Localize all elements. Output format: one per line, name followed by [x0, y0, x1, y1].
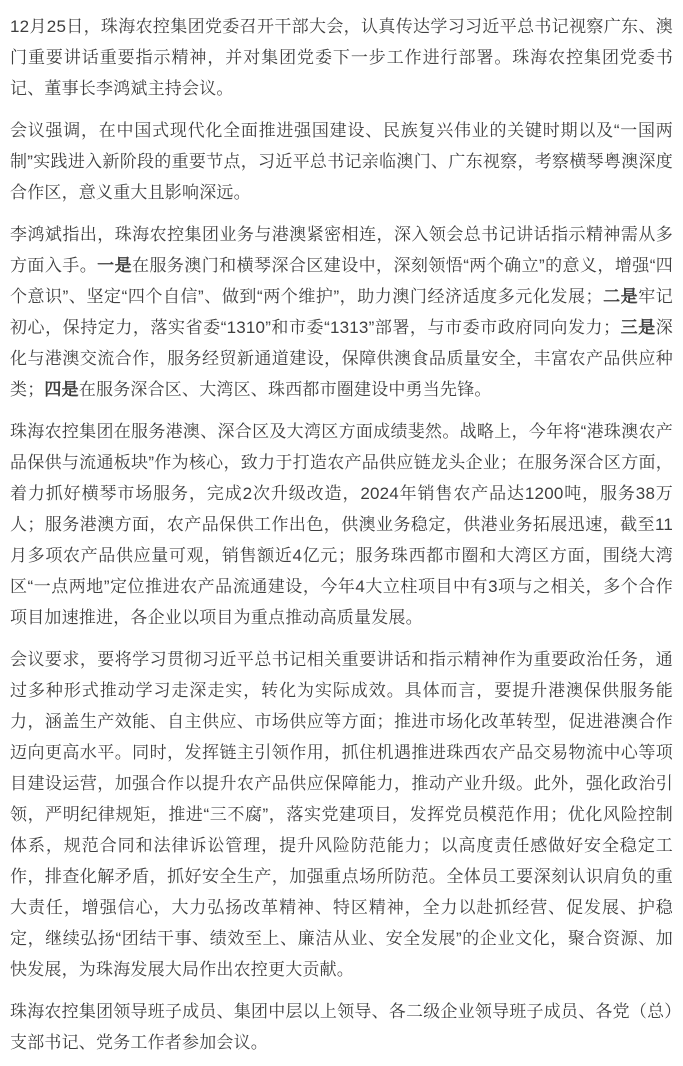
p3-point3-marker: 三是: [620, 318, 655, 337]
paragraph-lihongbin-points: 李鸿斌指出，珠海农控集团业务与港澳紧密相连，深入领会总书记讲话指示精神需从多方面…: [10, 219, 673, 405]
paragraph-attendees: 珠海农控集团领导班子成员、集团中层以上领导、各二级企业领导班子成员、各党（总）支…: [10, 996, 673, 1058]
article-page: 12月25日，珠海农控集团党委召开干部大会，认真传达学习习近平总书记视察广东、澳…: [0, 0, 683, 1066]
p3-point2-marker: 二是: [603, 287, 639, 306]
p3-point4-marker: 四是: [44, 380, 78, 399]
paragraph-meeting-requirements: 会议要求，要将学习贯彻习近平总书记相关重要讲话和指示精神作为重要政治任务，通过多…: [10, 644, 673, 985]
paragraph-meeting-intro: 12月25日，珠海农控集团党委召开干部大会，认真传达学习习近平总书记视察广东、澳…: [10, 11, 673, 104]
paragraph-meeting-emphasis: 会议强调，在中国式现代化全面推进强国建设、民族复兴伟业的关键时期以及“一国两制”…: [10, 115, 673, 208]
p3-point1-marker: 一是: [97, 256, 132, 275]
paragraph-achievements: 珠海农控集团在服务港澳、深合区及大湾区方面成绩斐然。战略上，今年将“港珠澳农产品…: [10, 416, 673, 633]
p3-point4-text: 在服务深合区、大湾区、珠西都市圈建设中勇当先锋。: [79, 380, 492, 399]
